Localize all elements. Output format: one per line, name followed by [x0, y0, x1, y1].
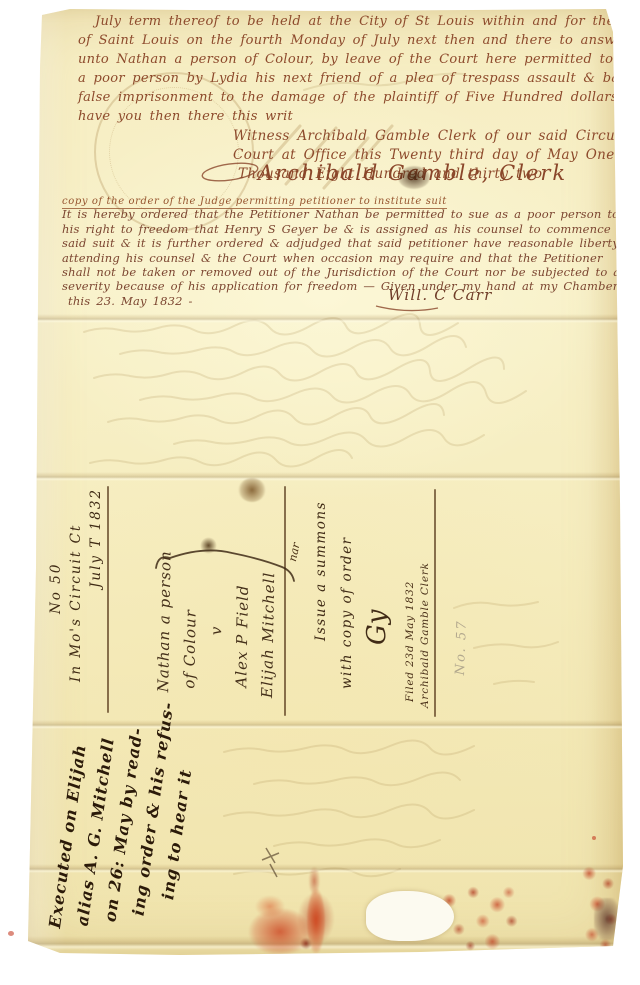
order-line: severity because of his application for …	[62, 279, 625, 293]
document-paper: July term thereof to be held at the City…	[24, 8, 624, 958]
wax-seal-streak	[299, 866, 333, 966]
filing-clerk: Archibald Gamble Clerk	[418, 550, 433, 710]
docket-filing-block: Filed 23d May 1832 Archibald Gamble Cler…	[403, 550, 433, 710]
wax-seal-remnant	[248, 883, 348, 967]
red-speck	[8, 931, 14, 936]
order-line: It is hereby ordered that the Petitioner…	[62, 207, 640, 221]
red-speck	[613, 12, 618, 17]
summons-line: Issue a summons	[308, 488, 334, 703]
ink-stain	[238, 478, 266, 502]
writ-line: have you then there this writ	[78, 109, 293, 124]
sheriff-return-block: Executed on Elijah alias A. G. Mitchell …	[38, 734, 207, 967]
docket-rule	[107, 486, 109, 713]
red-speck	[592, 836, 596, 840]
docket-case-number-block: No 50 In Mo's Circuit Ct July T 1832	[46, 474, 104, 706]
witness-line: Witness Archibald Gamble Clerk of our sa…	[233, 128, 626, 144]
attorney-flourish: Gy	[360, 488, 394, 703]
caption-versus: v	[202, 481, 232, 701]
caption-plaintiff: Nathan a person	[150, 480, 180, 700]
writ-line: a poor person by Lydia his next friend o…	[78, 71, 640, 86]
term-date: July T 1832	[86, 474, 106, 706]
court-name: In Mo's Circuit Ct	[66, 474, 86, 706]
writ-line: July term thereof to be held at the City…	[95, 14, 640, 29]
judge-signature: Will. C Carr	[388, 286, 493, 304]
pencil-note: No. 57	[452, 525, 480, 704]
scan-page: July term thereof to be held at the City…	[0, 0, 640, 985]
order-line: said suit & it is further ordered & adju…	[62, 236, 637, 250]
order-line: shall not be taken or removed out of the…	[62, 265, 635, 279]
filed-date: Filed 23d May 1832	[403, 550, 418, 710]
writ-line: false imprisonment to the damage of the …	[78, 90, 640, 105]
docket-caption-block: Nathan a person of Colour v Alex P Field…	[150, 480, 286, 702]
ink-blot	[398, 166, 430, 189]
ink-stain	[200, 537, 217, 554]
writ-line: unto Nathan a person of Colour, by leave…	[78, 52, 640, 67]
fold-crease	[24, 314, 624, 323]
order-date-line: this 23. May 1832 -	[68, 294, 193, 308]
case-number: No 50	[46, 474, 66, 706]
fold-crease	[24, 472, 624, 481]
torn-paper-patch	[366, 891, 454, 941]
caption-plaintiff2: of Colour	[176, 480, 206, 700]
fold-crease	[24, 720, 624, 729]
docket-summons-block: Issue a summons with copy of order Gy	[308, 488, 398, 703]
order-line: his right to freedom that Henry S Geyer …	[62, 222, 640, 236]
summons-line: with copy of order	[334, 488, 360, 703]
caption-note: nar	[286, 527, 307, 563]
caption-defendant1: Alex P Field	[228, 481, 258, 701]
docket-rule	[434, 489, 436, 717]
writ-line: of Saint Louis on the fourth Monday of J…	[78, 33, 630, 48]
order-line: attending his counsel & the Court when o…	[62, 251, 603, 265]
wax-dark-center	[594, 898, 620, 940]
caption-defendant2: Elijah Mitchell	[254, 482, 284, 702]
